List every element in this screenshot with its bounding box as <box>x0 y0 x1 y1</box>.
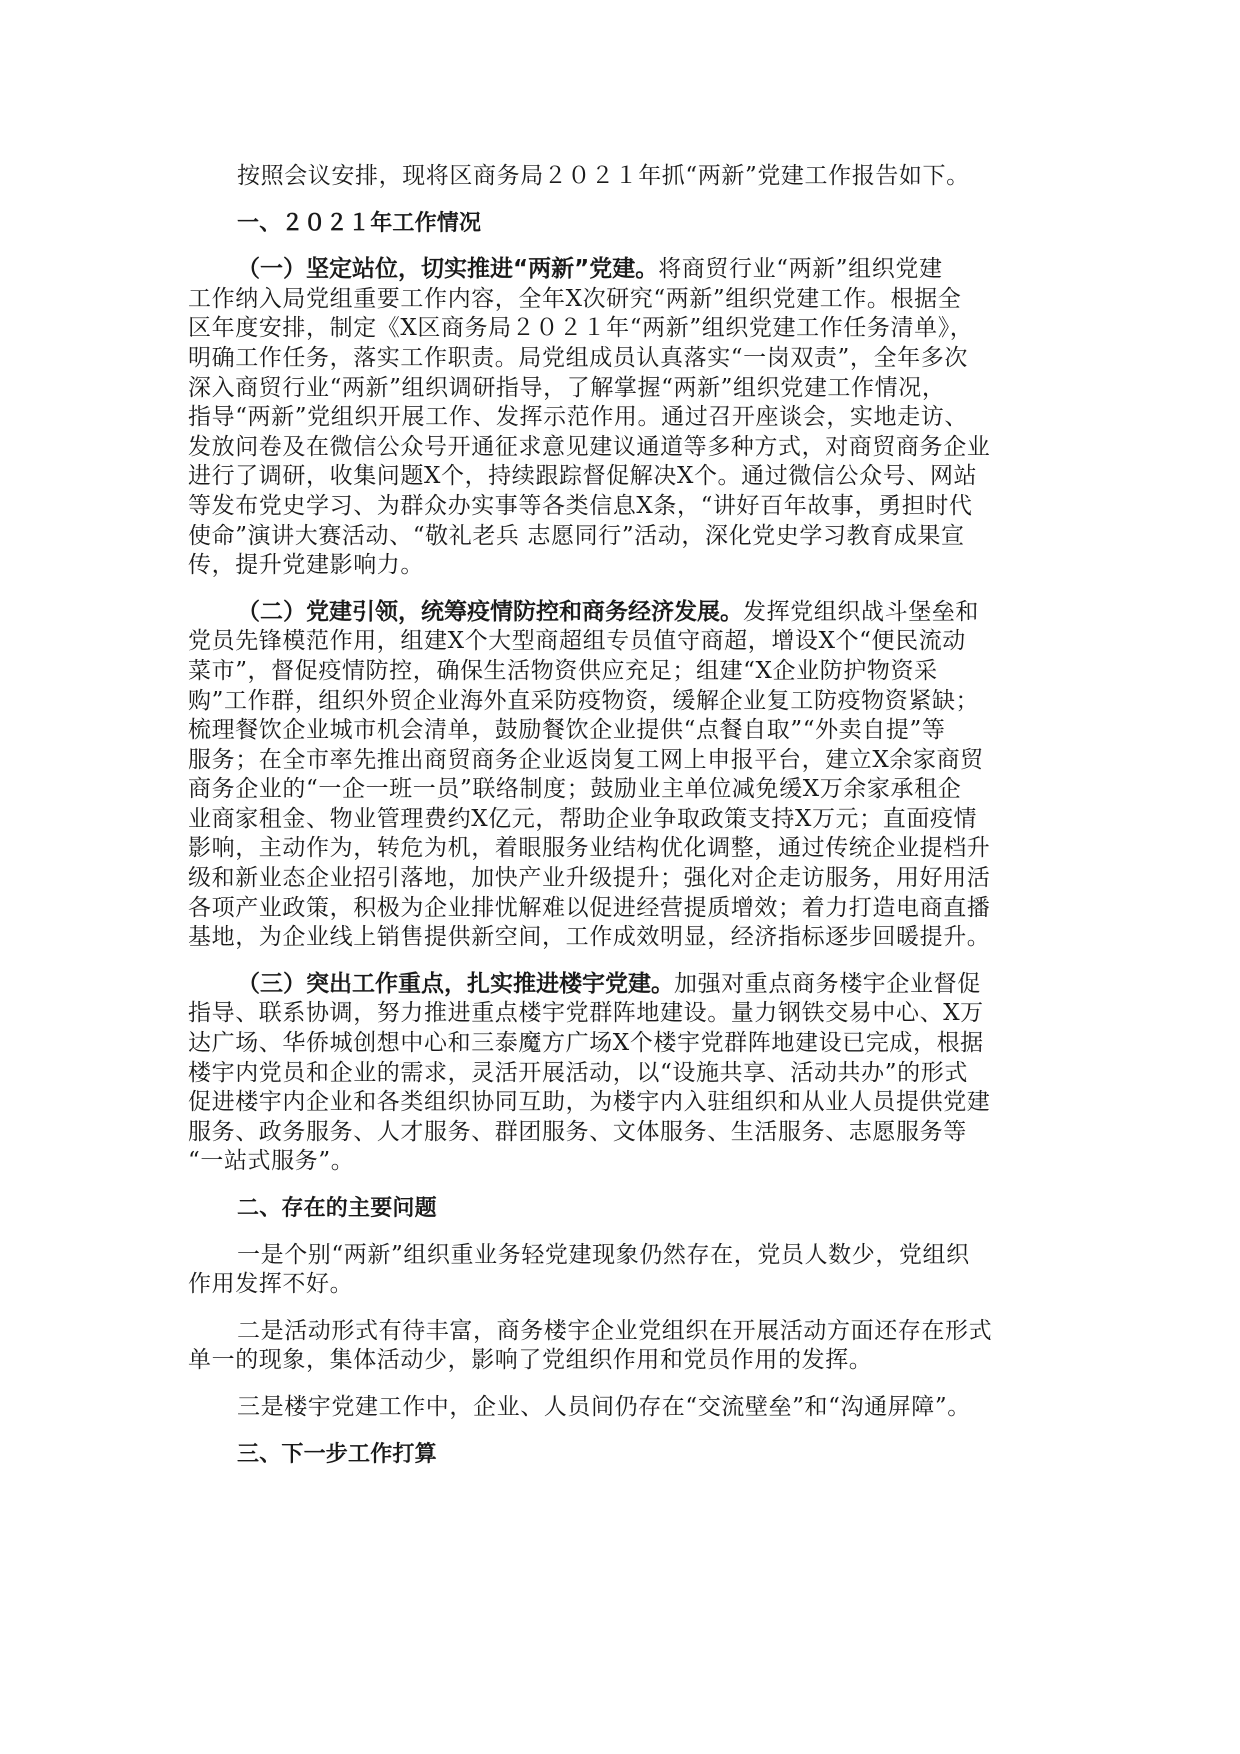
body-line: 工作纳入局党组重要工作内容，全年X次研究“两新”组织党建工作。根据全 <box>188 285 1054 315</box>
body-line: 传，提升党建影响力。 <box>188 551 1054 581</box>
body-line: 使命”演讲大赛活动、“敬礼老兵 志愿同行”活动，深化党史学习教育成果宣 <box>188 522 1054 552</box>
body-line: 服务、政务服务、人才服务、群团服务、文体服务、生活服务、志愿服务等 <box>188 1118 1054 1148</box>
body-line: 服务；在全市率先推出商贸商务企业返岗复工网上申报平台，建立X余家商贸 <box>188 746 1054 776</box>
item-3-first-line-rest: 加强对重点商务楼宇企业督促 <box>674 971 981 997</box>
body-line: 区年度安排，制定《X区商务局２０２１年“两新”组织党建工作任务清单》， <box>188 314 1054 344</box>
body-line: 促进楼宇内企业和各类组织协同互助，为楼宇内入驻组织和从业人员提供党建 <box>188 1088 1054 1118</box>
body-line: 商务企业的“一企一班一员”联络制度；鼓励业主单位减免缓X万余家承租企 <box>188 775 1054 805</box>
section-3-heading-text: 三、下一步工作打算 <box>188 1440 1054 1470</box>
item-2-first-line-rest: 发挥党组织战斗堡垒和 <box>743 599 979 625</box>
section-2-heading: 二、存在的主要问题 <box>188 1194 1054 1224</box>
section-3-heading: 三、下一步工作打算 <box>188 1440 1054 1470</box>
body-line: 级和新业态企业招引落地，加快产业升级提升；强化对企走访服务，用好用活 <box>188 864 1054 894</box>
body-line: 指导、联系协调，努力推进重点楼宇党群阵地建设。量力钢铁交易中心、X万 <box>188 999 1054 1029</box>
item-1-first-line-rest: 将商贸行业“两新”组织党建 <box>658 256 942 282</box>
body-line: 党员先锋模范作用，组建X个大型商超组专员值守商超，增设X个“便民流动 <box>188 627 1054 657</box>
section-2-heading-text: 二、存在的主要问题 <box>188 1194 1054 1224</box>
item-1-lead: （一）坚定站位，切实推进“两新”党建。 <box>237 256 658 282</box>
section-2-item-3: 三是楼宇党建工作中，企业、人员间仍存在“交流壁垒”和“沟通屏障”。 <box>188 1393 1054 1423</box>
document-body: 按照会议安排，现将区商务局２０２１年抓“两新”党建工作报告如下。 一、２０２１年… <box>188 162 1054 1486</box>
section-1-heading: 一、２０２１年工作情况 <box>188 209 1054 239</box>
body-line: “一站式服务”。 <box>188 1147 1054 1177</box>
item-2-first-line: （二）党建引领，统筹疫情防控和商务经济发展。发挥党组织战斗堡垒和 <box>188 598 1054 628</box>
section-1-item-3: （三）突出工作重点，扎实推进楼宇党建。加强对重点商务楼宇企业督促 指导、联系协调… <box>188 970 1054 1177</box>
section-2-item-2: 二是活动形式有待丰富，商务楼宇企业党组织在开展活动方面还存在形式 单一的现象，集… <box>188 1317 1054 1376</box>
section-2-item-1: 一是个别“两新”组织重业务轻党建现象仍然存在，党员人数少，党组织 作用发挥不好。 <box>188 1241 1054 1300</box>
body-line: 购”工作群，组织外贸企业海外直采防疫物资，缓解企业复工防疫物资紧缺； <box>188 687 1054 717</box>
body-line: 业商家租金、物业管理费约X亿元，帮助企业争取政策支持X万元；直面疫情 <box>188 805 1054 835</box>
body-line: 达广场、华侨城创想中心和三泰魔方广场X个楼宇党群阵地建设已完成，根据 <box>188 1029 1054 1059</box>
document-page: 按照会议安排，现将区商务局２０２１年抓“两新”党建工作报告如下。 一、２０２１年… <box>0 0 1240 1754</box>
item-2-lead: （二）党建引领，统筹疫情防控和商务经济发展。 <box>237 599 743 625</box>
body-line: 影响，主动作为，转危为机，着眼服务业结构优化调整，通过传统企业提档升 <box>188 834 1054 864</box>
item-3-lead: （三）突出工作重点，扎实推进楼宇党建。 <box>237 971 674 997</box>
item-1-first-line: （一）坚定站位，切实推进“两新”党建。将商贸行业“两新”组织党建 <box>188 255 1054 285</box>
body-line: 基地，为企业线上销售提供新空间，工作成效明显，经济指标逐步回暖提升。 <box>188 923 1054 953</box>
body-line: 发放问卷及在微信公众号开通征求意见建议通道等多种方式，对商贸商务企业 <box>188 433 1054 463</box>
body-line: 楼宇内党员和企业的需求，灵活开展活动，以“设施共享、活动共办”的形式 <box>188 1059 1054 1089</box>
body-line: 深入商贸行业“两新”组织调研指导，了解掌握“两新”组织党建工作情况， <box>188 374 1054 404</box>
body-line: 菜市”，督促疫情防控，确保生活物资供应充足；组建“X企业防护物资采 <box>188 657 1054 687</box>
section-1-item-2: （二）党建引领，统筹疫情防控和商务经济发展。发挥党组织战斗堡垒和 党员先锋模范作… <box>188 598 1054 953</box>
body-line: 二是活动形式有待丰富，商务楼宇企业党组织在开展活动方面还存在形式 <box>188 1317 1054 1347</box>
intro-paragraph: 按照会议安排，现将区商务局２０２１年抓“两新”党建工作报告如下。 <box>188 162 1054 192</box>
body-line: 三是楼宇党建工作中，企业、人员间仍存在“交流壁垒”和“沟通屏障”。 <box>188 1393 1054 1423</box>
intro-text: 按照会议安排，现将区商务局２０２１年抓“两新”党建工作报告如下。 <box>188 162 1054 192</box>
section-1-item-1: （一）坚定站位，切实推进“两新”党建。将商贸行业“两新”组织党建 工作纳入局党组… <box>188 255 1054 581</box>
body-line: 明确工作任务，落实工作职责。局党组成员认真落实“一岗双责”，全年多次 <box>188 344 1054 374</box>
body-line: 各项产业政策，积极为企业排忧解难以促进经营提质增效；着力打造电商直播 <box>188 894 1054 924</box>
body-line: 指导“两新”党组织开展工作、发挥示范作用。通过召开座谈会，实地走访、 <box>188 403 1054 433</box>
body-line: 一是个别“两新”组织重业务轻党建现象仍然存在，党员人数少，党组织 <box>188 1241 1054 1271</box>
body-line: 进行了调研，收集问题X个，持续跟踪督促解决X个。通过微信公众号、网站 <box>188 462 1054 492</box>
body-line: 等发布党史学习、为群众办实事等各类信息X条，“讲好百年故事，勇担时代 <box>188 492 1054 522</box>
item-3-first-line: （三）突出工作重点，扎实推进楼宇党建。加强对重点商务楼宇企业督促 <box>188 970 1054 1000</box>
body-line: 梳理餐饮企业城市机会清单，鼓励餐饮企业提供“点餐自取”“外卖自提”等 <box>188 716 1054 746</box>
body-line: 单一的现象，集体活动少，影响了党组织作用和党员作用的发挥。 <box>188 1346 1054 1376</box>
section-1-heading-text: 一、２０２１年工作情况 <box>188 209 1054 239</box>
body-line: 作用发挥不好。 <box>188 1270 1054 1300</box>
